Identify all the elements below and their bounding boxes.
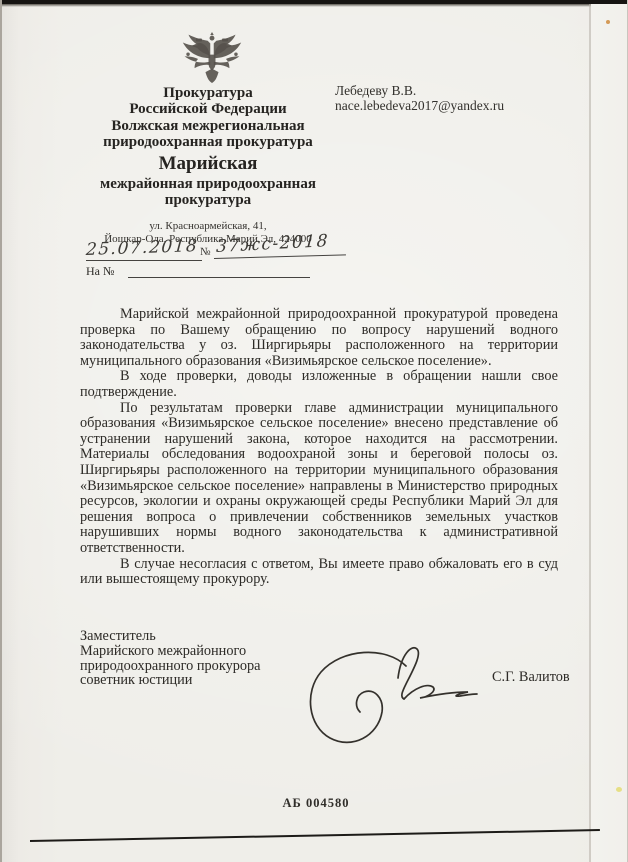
scan-right-band [591, 4, 628, 862]
org-name-line: Российской Федерации [88, 102, 328, 116]
form-number: АБ 004580 [256, 796, 376, 811]
signatory-name: С.Г. Валитов [492, 669, 570, 686]
scanned-letter-page: Прокуратура Российской Федерации Волжска… [0, 0, 628, 862]
recipient-name: Лебедеву В.В. [335, 83, 504, 98]
scan-top-edge-shadow [0, 4, 628, 7]
number-sign: № [200, 246, 211, 258]
office-title: Марийская [88, 154, 328, 174]
paper-crease [589, 4, 591, 862]
org-name-line: Прокуратура [88, 86, 328, 100]
org-name-line: природоохранная прокуратура [88, 135, 328, 149]
scan-speck [606, 20, 610, 24]
handwritten-date: 25.07.2018 [85, 236, 199, 260]
signatory-position: Заместитель Марийского межрайонного прир… [80, 629, 261, 675]
recipient-email: nace.lebedeva2017@yandex.ru [335, 98, 504, 113]
recipient-block: Лебедеву В.В. nace.lebedeva2017@yandex.r… [335, 83, 504, 113]
body-paragraph: По результатам проверки главе администра… [80, 401, 558, 557]
body-paragraph: В случае несогласия с ответом, Вы имеете… [80, 557, 558, 588]
body-paragraph: Марийской межрайонной природоохранной пр… [80, 307, 558, 369]
reply-to-label: На № [86, 264, 114, 279]
org-name-line: Волжская межрегиональная [88, 119, 328, 133]
scan-left-edge [0, 0, 2, 862]
scan-speck [616, 787, 622, 792]
signatory-position-line: Заместитель [80, 629, 261, 644]
letter-body: Марийской межрайонной природоохранной пр… [80, 307, 558, 588]
body-paragraph: В ходе проверки, доводы изложенные в обр… [80, 369, 558, 400]
handwritten-signature [294, 640, 484, 758]
reply-to-underline [128, 277, 310, 278]
office-name-line: межрайонная природоохранная [88, 177, 328, 191]
address-line: ул. Красноармейская, 41, [88, 220, 328, 232]
letterhead: Прокуратура Российской Федерации Волжска… [88, 86, 328, 246]
date-underline [86, 260, 202, 261]
form-bottom-line [30, 829, 600, 842]
office-name-line: прокуратура [88, 193, 328, 207]
signatory-position-line: Марийского межрайонного [80, 644, 261, 659]
signatory-rank: советник юстиции [80, 672, 192, 689]
russia-coat-of-arms-icon [170, 32, 254, 86]
